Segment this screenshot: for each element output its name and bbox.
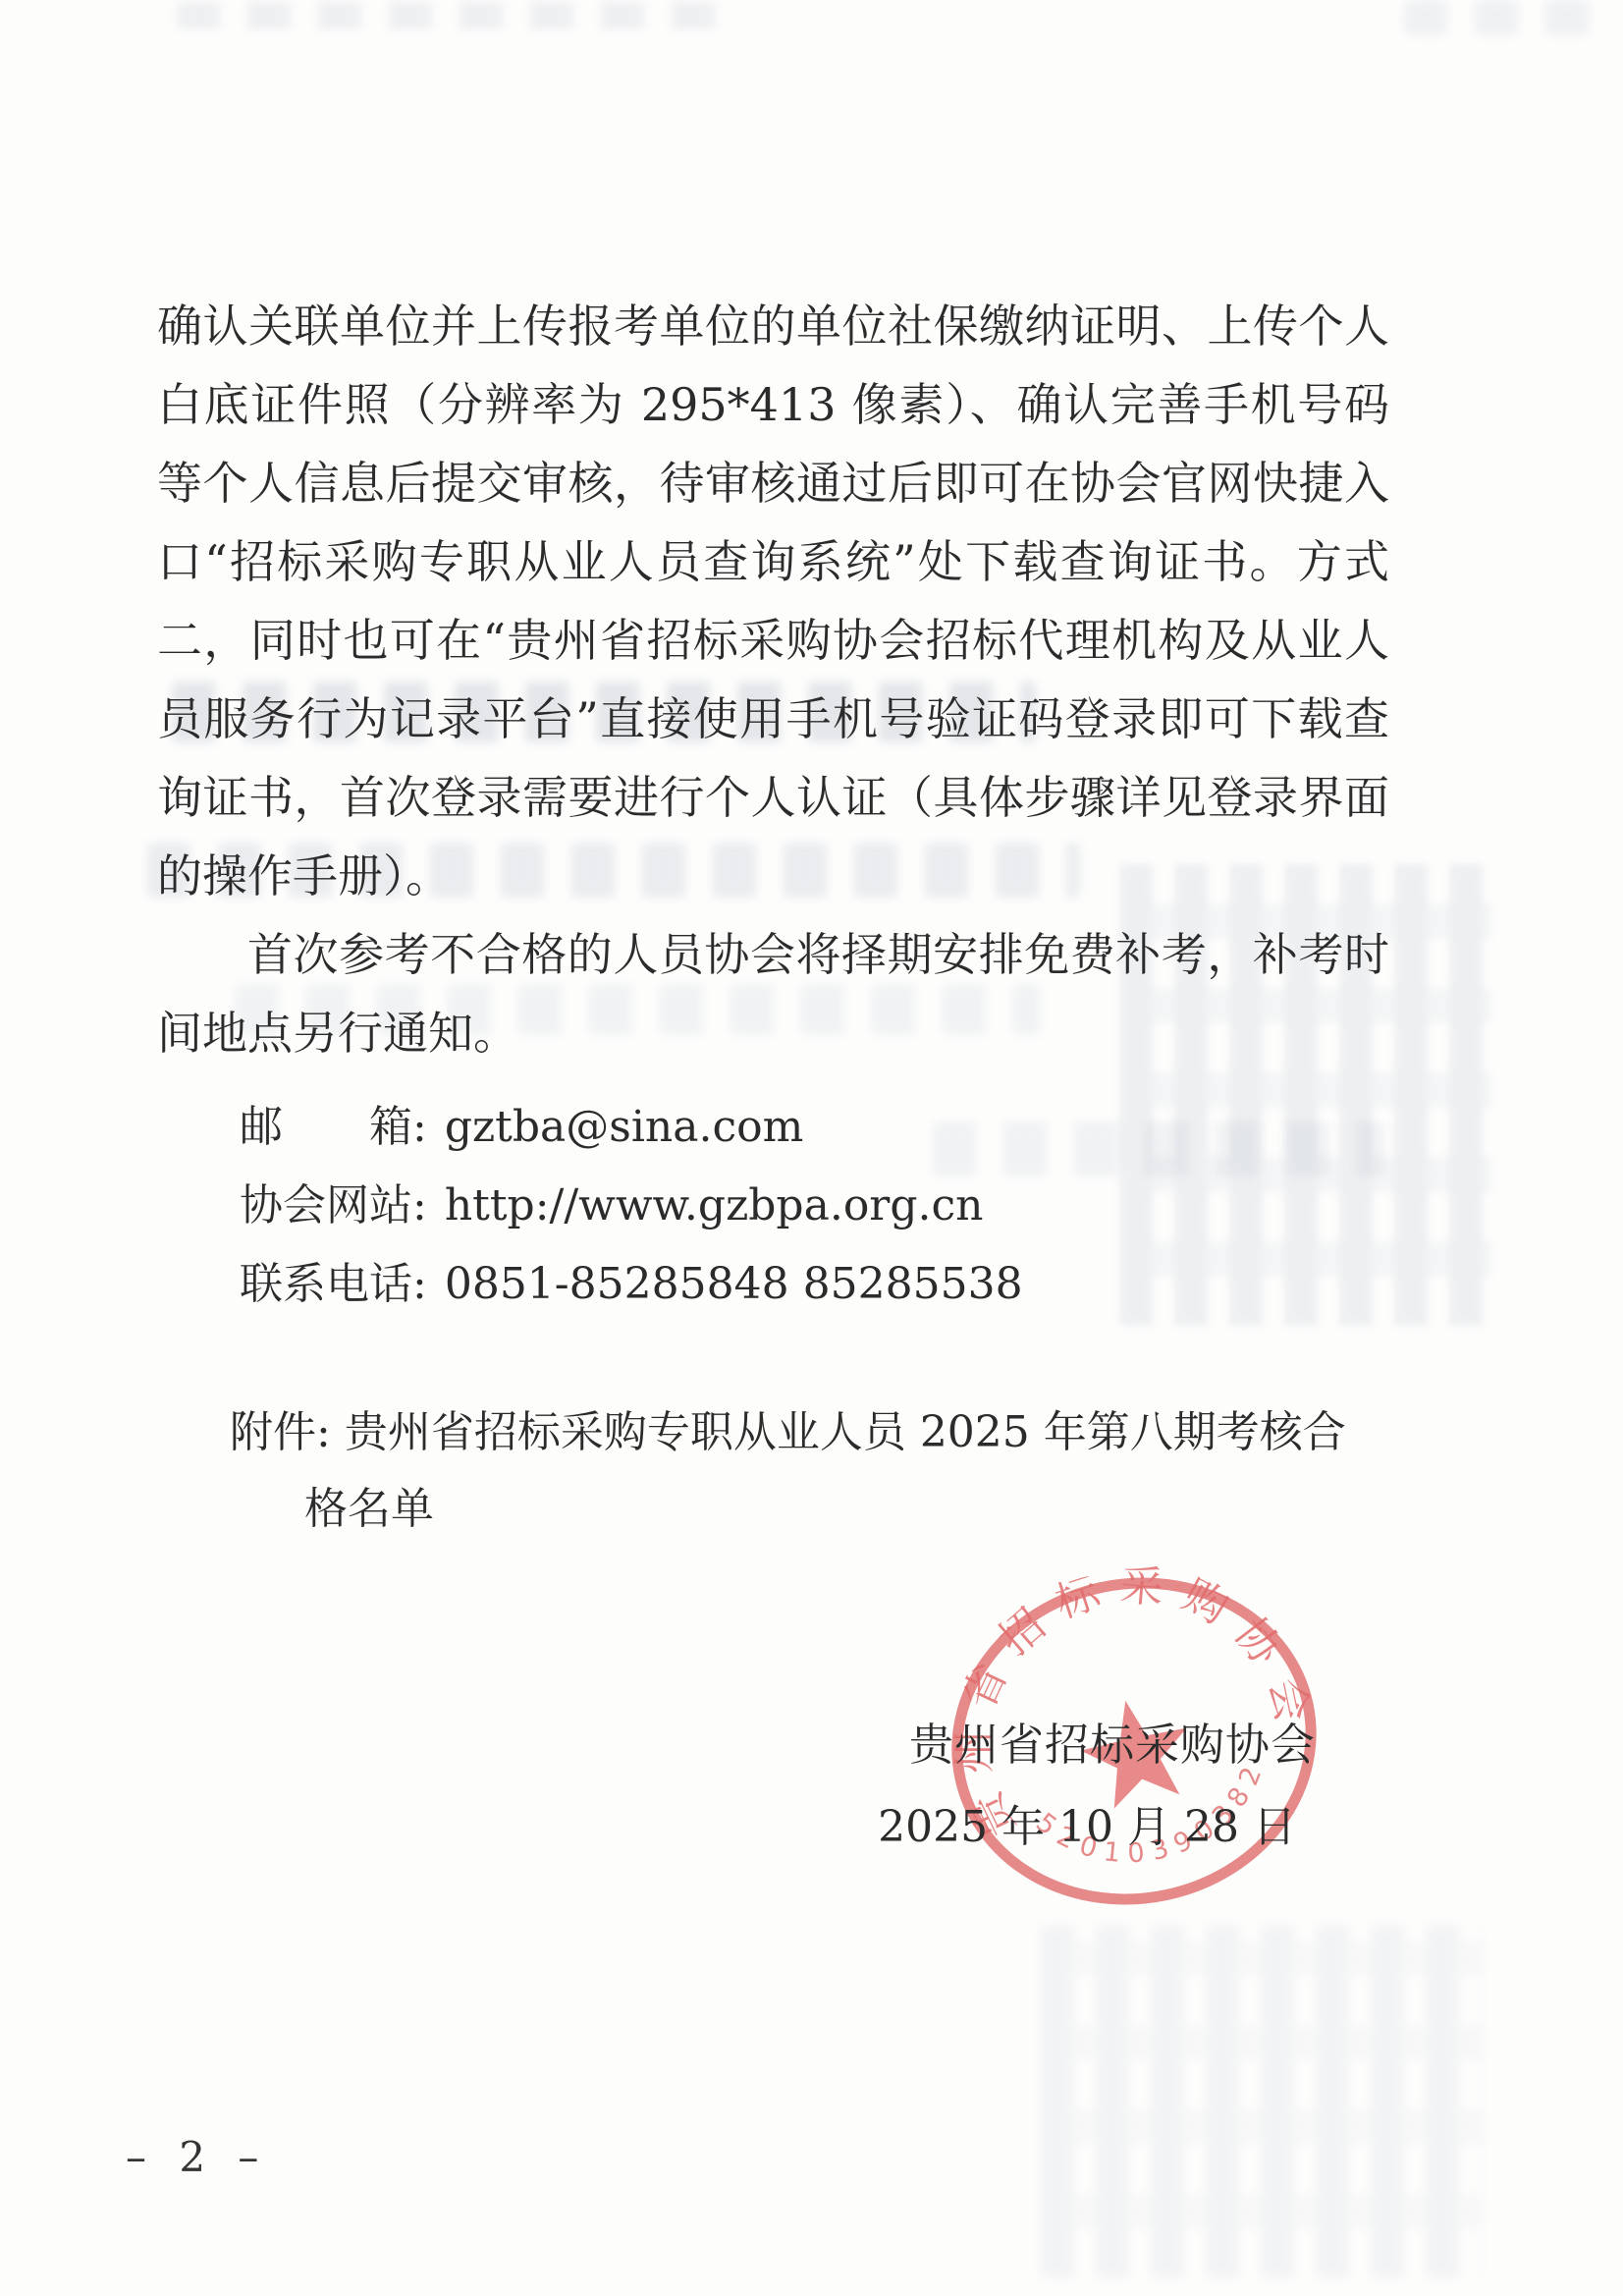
attachment-line-1: 附件:贵州省招标采购专职从业人员 2025 年第八期考核合 (230, 1394, 1346, 1471)
attachment-title: 贵州省招标采购专职从业人员 2025 年第八期考核合 (345, 1407, 1346, 1457)
contact-phone-line: 联系电话:0851-85285848 85285538 (240, 1245, 1023, 1324)
contact-email-line: 邮 箱:gztba@sina.com (240, 1088, 1023, 1167)
document-page: 确认关联单位并上传报考单位的单位社保缴纳证明、上传个人白底证件照（分辨率为 29… (0, 0, 1623, 2296)
contact-block: 邮 箱:gztba@sina.com 协会网站:http://www.gzbpa… (240, 1088, 1023, 1324)
attachment-label: 附件: (230, 1407, 331, 1457)
attachment-note: 附件:贵州省招标采购专职从业人员 2025 年第八期考核合 格名单 (230, 1394, 1346, 1548)
bleed-through-artifact (177, 2, 727, 29)
contact-website-line: 协会网站:http://www.gzbpa.org.cn (240, 1167, 1023, 1245)
phone-value: 0851-85285848 85285538 (445, 1259, 1023, 1309)
email-label: 邮 箱: (240, 1102, 427, 1152)
notice-body: 确认关联单位并上传报考单位的单位社保缴纳证明、上传个人白底证件照（分辨率为 29… (157, 287, 1389, 1072)
website-value: http://www.gzbpa.org.cn (445, 1180, 984, 1230)
email-value: gztba@sina.com (445, 1102, 804, 1152)
attachment-line-2: 格名单 (230, 1471, 1346, 1548)
website-label: 协会网站: (240, 1180, 427, 1230)
signature-date: 2025 年 10 月 28 日 (878, 1791, 1296, 1854)
body-paragraph-1: 确认关联单位并上传报考单位的单位社保缴纳证明、上传个人白底证件照（分辨率为 29… (157, 287, 1389, 915)
bleed-through-artifact (1404, 0, 1610, 35)
signature-organization: 贵州省招标采购协会 (909, 1709, 1316, 1773)
page-number: – 2 – (126, 2133, 268, 2181)
bleed-through-artifact (1041, 1925, 1483, 2278)
body-paragraph-2: 首次参考不合格的人员协会将择期安排免费补考，补考时间地点另行通知。 (157, 915, 1389, 1072)
phone-label: 联系电话: (240, 1259, 427, 1309)
